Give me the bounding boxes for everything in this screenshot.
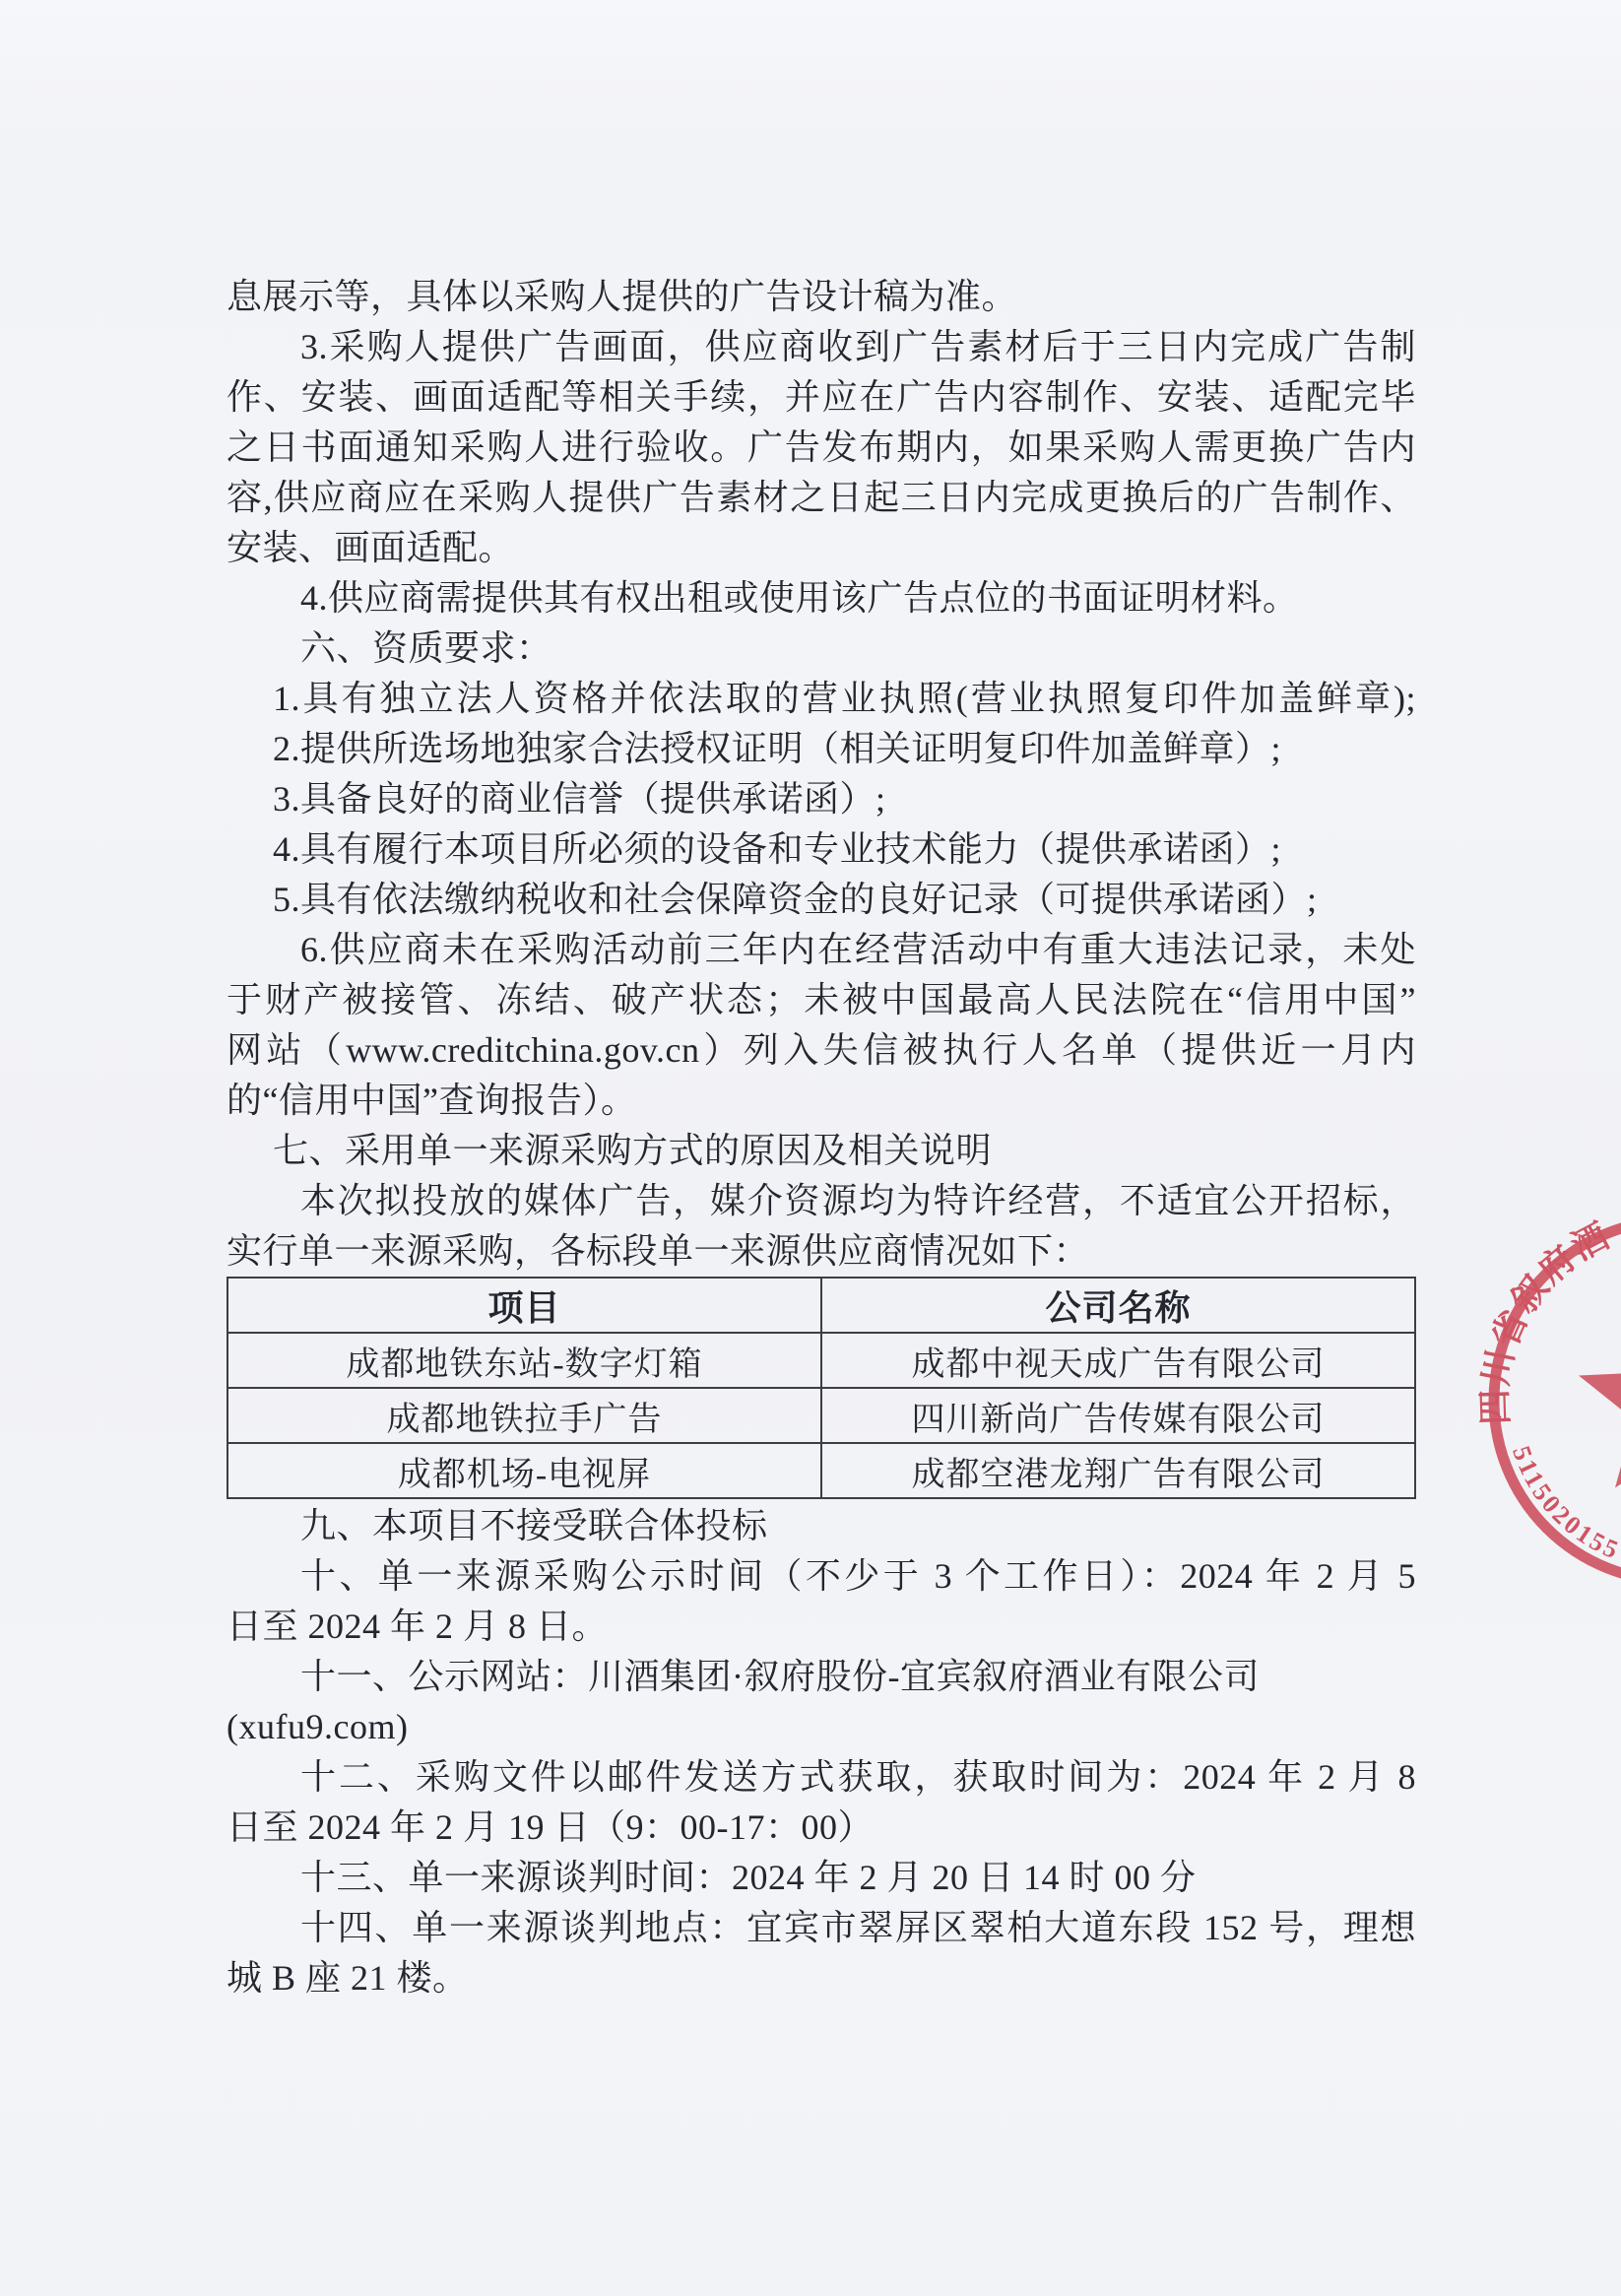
text-line: 之日书面通知采购人进行验收。广告发布期内，如果采购人需更换广告内 [227, 423, 1416, 473]
cell-company: 成都中视天成广告有限公司 [821, 1333, 1415, 1388]
cell-project: 成都地铁东站-数字灯箱 [227, 1333, 821, 1388]
text-line: 于财产被接管、冻结、破产状态；未被中国最高人民法院在“信用中国” [227, 975, 1416, 1025]
text-line: 十一、公示网站：川酒集团·叙府股份-宜宾叙府酒业有限公司 [227, 1652, 1416, 1702]
text-line: 3.具备良好的商业信誉（提供承诺函）; [227, 774, 1416, 824]
column-header-company: 公司名称 [821, 1278, 1415, 1333]
text-line: 日至 2024 年 2 月 19 日（9：00-17：00） [227, 1803, 1416, 1853]
text-line: 4.具有履行本项目所必须的设备和专业技术能力（提供承诺函）; [227, 824, 1416, 875]
company-seal-stamp: 四川省叙府酒 5115020155 [1424, 1172, 1621, 1635]
body-text-block-1: 息展示等，具体以采购人提供的广告设计稿为准。3.采购人提供广告画面，供应商收到广… [227, 272, 1416, 1277]
cell-project: 成都地铁拉手广告 [227, 1388, 821, 1443]
text-line: 十三、单一来源谈判时间：2024 年 2 月 20 日 14 时 00 分 [227, 1853, 1416, 1903]
table-header-row: 项目 公司名称 [227, 1278, 1415, 1333]
text-line: 七、采用单一来源采购方式的原因及相关说明 [227, 1126, 1416, 1176]
text-line: 6.供应商未在采购活动前三年内在经营活动中有重大违法记录，未处 [227, 925, 1416, 975]
text-line: (xufu9.com) [227, 1702, 1416, 1752]
table-row: 成都地铁东站-数字灯箱 成都中视天成广告有限公司 [227, 1333, 1415, 1388]
text-line: 网站（www.creditchina.gov.cn）列入失信被执行人名单（提供近… [227, 1025, 1416, 1076]
text-line: 3.采购人提供广告画面，供应商收到广告素材后于三日内完成广告制 [227, 322, 1416, 372]
document-page: 息展示等，具体以采购人提供的广告设计稿为准。3.采购人提供广告画面，供应商收到广… [0, 0, 1621, 2296]
text-line: 息展示等，具体以采购人提供的广告设计稿为准。 [227, 272, 1416, 322]
text-line: 1.具有独立法人资格并依法取的营业执照(营业执照复印件加盖鲜章); [227, 674, 1416, 724]
text-line: 2.提供所选场地独家合法授权证明（相关证明复印件加盖鲜章）; [227, 724, 1416, 774]
table-row: 成都地铁拉手广告 四川新尚广告传媒有限公司 [227, 1388, 1415, 1443]
text-line: 城 B 座 21 楼。 [227, 1953, 1416, 2003]
text-line: 十四、单一来源谈判地点：宜宾市翠屏区翠柏大道东段 152 号，理想 [227, 1903, 1416, 1953]
text-line: 4.供应商需提供其有权出租或使用该广告点位的书面证明材料。 [227, 573, 1416, 623]
cell-company: 成都空港龙翔广告有限公司 [821, 1443, 1415, 1498]
text-line: 九、本项目不接受联合体投标 [227, 1501, 1416, 1551]
supplier-table: 项目 公司名称 成都地铁东站-数字灯箱 成都中视天成广告有限公司 成都地铁拉手广… [227, 1277, 1416, 1499]
stamp-star-icon [1579, 1306, 1621, 1488]
text-line: 本次拟投放的媒体广告，媒介资源均为特许经营，不适宜公开招标， [227, 1176, 1416, 1226]
cell-project: 成都机场-电视屏 [227, 1443, 821, 1498]
column-header-project: 项目 [227, 1278, 821, 1333]
text-line: 安装、画面适配。 [227, 523, 1416, 573]
text-line: 作、安装、画面适配等相关手续，并应在广告内容制作、安装、适配完毕 [227, 372, 1416, 423]
text-line: 实行单一来源采购，各标段单一来源供应商情况如下： [227, 1226, 1416, 1277]
text-line: 的“信用中国”查询报告）。 [227, 1076, 1416, 1126]
text-line: 六、资质要求： [227, 623, 1416, 674]
stamp-arc-text: 四川省叙府酒 [1475, 1215, 1617, 1425]
cell-company: 四川新尚广告传媒有限公司 [821, 1388, 1415, 1443]
text-line: 5.具有依法缴纳税收和社会保障资金的良好记录（可提供承诺函）; [227, 875, 1416, 925]
text-line: 日至 2024 年 2 月 8 日。 [227, 1602, 1416, 1652]
body-text-block-2: 九、本项目不接受联合体投标十、单一来源采购公示时间（不少于 3 个工作日）：20… [227, 1501, 1416, 2003]
text-line: 十、单一来源采购公示时间（不少于 3 个工作日）：2024 年 2 月 5 [227, 1551, 1416, 1602]
text-line: 容,供应商应在采购人提供广告素材之日起三日内完成更换后的广告制作、 [227, 473, 1416, 523]
table-row: 成都机场-电视屏 成都空港龙翔广告有限公司 [227, 1443, 1415, 1498]
text-line: 十二、采购文件以邮件发送方式获取，获取时间为：2024 年 2 月 8 [227, 1752, 1416, 1803]
